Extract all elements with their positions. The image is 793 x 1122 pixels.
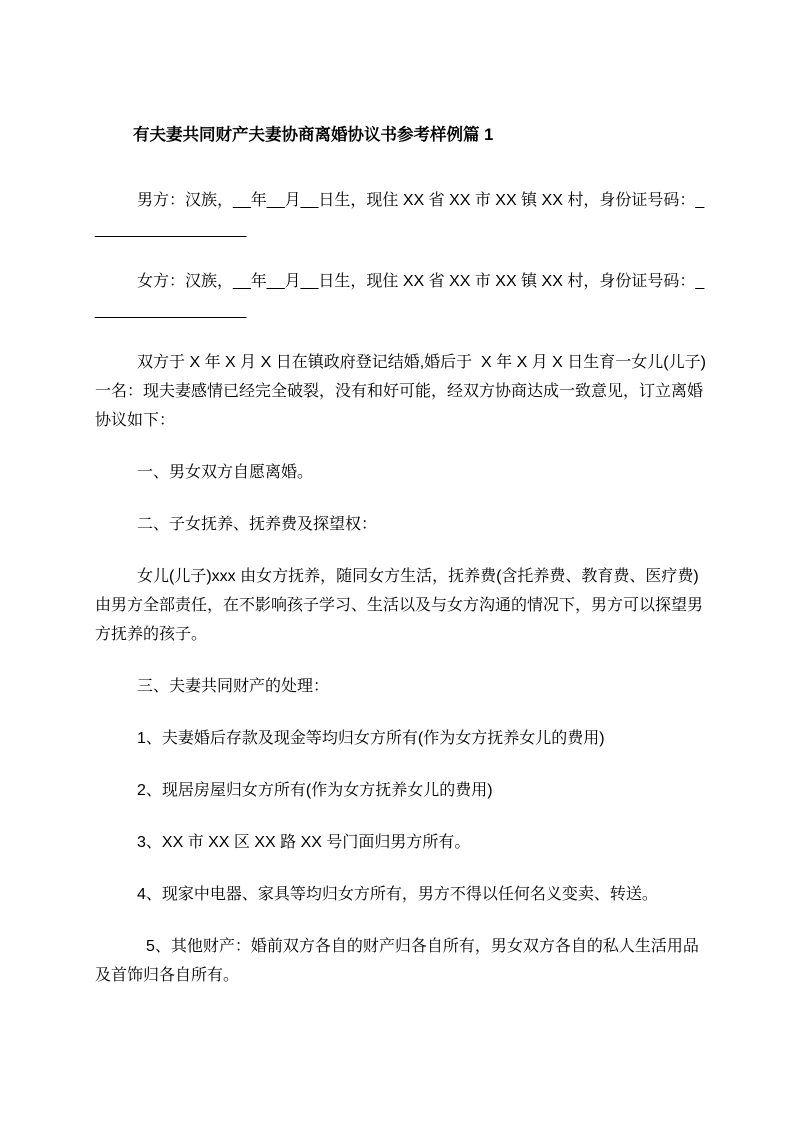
para-property-item-4-appliances: 4、现家中电器、家具等均归女方所有，男方不得以任何名义变卖、转送。	[95, 880, 713, 909]
para-marriage-intro: 双方于 X 年 X 月 X 日在镇政府登记结婚,婚后于 X 年 X 月 X 日生…	[95, 348, 713, 435]
para-wife-info: 女方：汉族，__年__月__日生，现住 XX 省 XX 市 XX 镇 XX 村，…	[95, 267, 713, 325]
para-custody-detail: 女儿(儿子)xxx 由女方抚养，随同女方生活，抚养费(含托养费、教育费、医疗费)…	[95, 562, 713, 649]
document-title: 有夫妻共同财产夫妻协商离婚协议书参考样例篇 1	[95, 122, 713, 148]
para-property-item-5-other: 5、其他财产：婚前双方各自的财产归各自所有，男女双方各自的私人生活用品及首饰归各…	[95, 932, 713, 990]
para-clause-3-property-heading: 三、夫妻共同财产的处理：	[95, 672, 713, 701]
para-clause-2-custody-heading: 二、子女抚养、抚养费及探望权：	[95, 510, 713, 539]
para-property-item-1-savings: 1、夫妻婚后存款及现金等均归女方所有(作为女方抚养女儿的费用)	[95, 724, 713, 753]
para-husband-info: 男方：汉族，__年__月__日生，现住 XX 省 XX 市 XX 镇 XX 村，…	[95, 186, 713, 244]
para-property-item-2-house: 2、现居房屋归女方所有(作为女方抚养女儿的费用)	[95, 776, 713, 805]
para-clause-1-voluntary-divorce: 一、男女双方自愿离婚。	[95, 458, 713, 487]
document-page: 有夫妻共同财产夫妻协商离婚协议书参考样例篇 1 男方：汉族，__年__月__日生…	[0, 0, 793, 1122]
para-property-item-3-shopfront: 3、XX 市 XX 区 XX 路 XX 号门面归男方所有。	[95, 828, 713, 857]
